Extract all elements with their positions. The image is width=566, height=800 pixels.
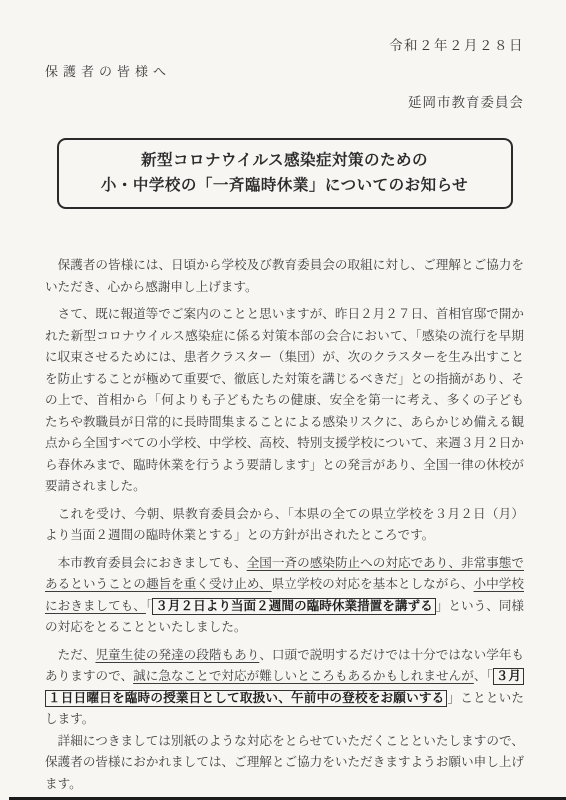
text-segment: 本市教育委員会におきましても、 (45, 556, 247, 570)
notice-title-box: 新型コロナウイルス感染症対策のための 小・中学校の「一斉臨時休業」についてのお知… (57, 138, 513, 209)
recipient-line: 保護者の皆様へ (45, 61, 524, 80)
underlined-text: 児童生徒の発達の段階もあり (95, 648, 259, 662)
paragraph: これを受け、今朝、県教育委員会から、「本県の全ての県立学校を３月２日（月）より当… (45, 504, 524, 547)
scanned-notice-page: 令和２年２月２８日 保護者の皆様へ 延岡市教育委員会 新型コロナウイルス感染症対… (0, 0, 566, 800)
text-segment: これを受け、今朝、県教育委員会から、「本県の全ての県立学校を３月２日（月）より当… (45, 507, 524, 543)
emphasized-boxed-text: ３月２日より当面２週間の臨時休業措置を講ずる (152, 598, 436, 615)
text-segment: 保護者の皆様には、日頃から学校及び教育委員会の取組に対し、ご理解とご協力をいただ… (45, 258, 524, 294)
paragraph: 本市教育委員会におきましても、全国一斉の感染防止への対応であり、非常事態であると… (45, 553, 524, 639)
date-line: 令和２年２月２８日 (45, 34, 524, 54)
notice-title-line1: 新型コロナウイルス感染症対策のための (65, 148, 505, 173)
text-segment: 県立学校の対応を基本としながら、 (272, 577, 474, 591)
paragraph: 保護者の皆様には、日頃から学校及び教育委員会の取組に対し、ご理解とご協力をいただ… (45, 255, 524, 298)
text-segment: 詳細につきましては別紙のような対応をとらせていただくことといたしますので、保護者… (45, 734, 524, 791)
text-segment: さて、既に報道等でご案内のことと思いますが、昨日２月２７日、首相官邸で開かれた新… (45, 307, 524, 493)
paragraph: ただ、児童生徒の発達の段階もあり、口頭で説明するだけでは十分ではない学年もありま… (45, 645, 524, 731)
underlined-text: 誠に急なことで対応が難しいところもあるかもしれませんが (133, 669, 474, 683)
paragraph: さて、既に報道等でご案内のことと思いますが、昨日２月２７日、首相官邸で開かれた新… (45, 304, 524, 498)
notice-title-line2: 小・中学校の「一斉臨時休業」についてのお知らせ (65, 173, 505, 198)
text-segment: ただ、 (45, 648, 95, 662)
document-body: 保護者の皆様には、日頃から学校及び教育委員会の取組に対し、ご理解とご協力をいただ… (45, 255, 524, 795)
text-segment: 、「 (474, 669, 493, 683)
sender-line: 延岡市教育委員会 (45, 91, 524, 111)
paragraph: 詳細につきましては別紙のような対応をとらせていただくことといたしますので、保護者… (45, 731, 524, 796)
